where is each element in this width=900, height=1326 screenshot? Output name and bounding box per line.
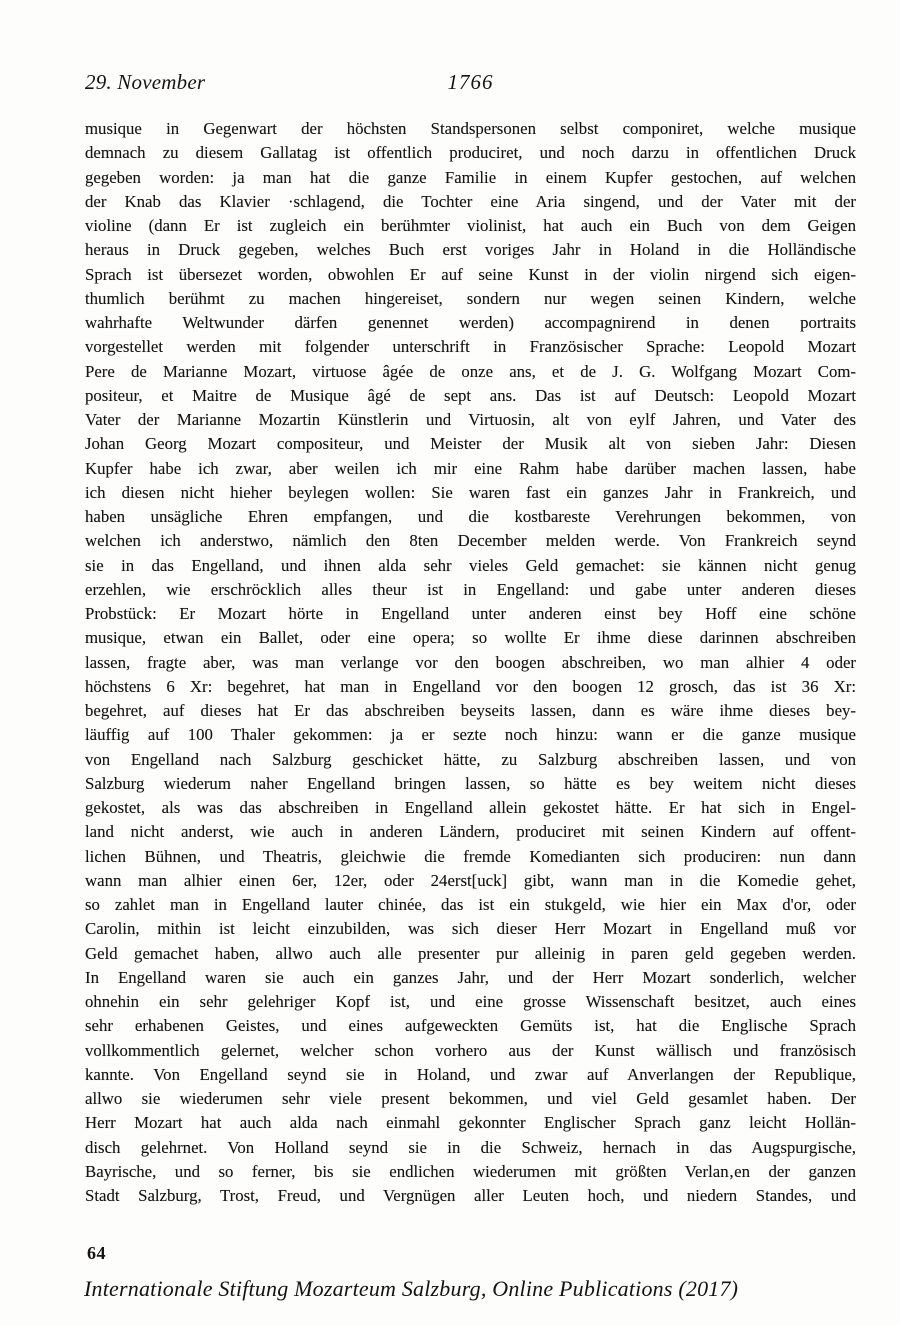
header-year: 1766	[85, 70, 856, 95]
text-line: Pere de Marianne Mozart, virtuose âgée d…	[85, 360, 856, 384]
text-line: Sprach ist übersezet worden, obwohlen Er…	[85, 263, 856, 287]
text-line: land nicht anderst, wie auch in anderen …	[85, 820, 856, 844]
text-line: von Engelland nach Salzburg geschicket h…	[85, 748, 856, 772]
text-line: Probstück: Er Mozart hörte in Engelland …	[85, 602, 856, 626]
text-line: Carolin, mithin ist leicht einzubilden, …	[85, 917, 856, 941]
text-line: musique, etwan ein Ballet, oder eine ope…	[85, 626, 856, 650]
text-line: allwo sie wiederumen sehr viele present …	[85, 1087, 856, 1111]
text-line: ich diesen nicht hieher beylegen wollen:…	[85, 481, 856, 505]
text-line: Herr Mozart hat auch alda nach einmahl g…	[85, 1111, 856, 1135]
text-line: lichen Bühnen, und Theatris, gleichwie d…	[85, 845, 856, 869]
text-line: sie in das Engelland, und ihnen alda seh…	[85, 554, 856, 578]
text-line: Stadt Salzburg, Trost, Freud, und Vergnü…	[85, 1184, 856, 1208]
text-line: so zahlet man in Engelland lauter chinée…	[85, 893, 856, 917]
text-line: gekostet, als was das abschreiben in Eng…	[85, 796, 856, 820]
text-line: wann man alhier einen 6er, 12er, oder 24…	[85, 869, 856, 893]
text-line: sehr erhabenen Geistes, und eines aufgew…	[85, 1014, 856, 1038]
text-line: In Engelland waren sie auch ein ganzes J…	[85, 966, 856, 990]
text-line: haben unsägliche Ehren empfangen, und di…	[85, 505, 856, 529]
text-line: Kupfer habe ich zwar, aber weilen ich mi…	[85, 457, 856, 481]
text-line: kannte. Von Engelland seynd sie in Holan…	[85, 1063, 856, 1087]
text-line: disch gelehrnet. Von Holland seynd sie i…	[85, 1136, 856, 1160]
text-line: Johan Georg Mozart compositeur, und Meis…	[85, 432, 856, 456]
text-line: positeur, et Maitre de Musique âgé de se…	[85, 384, 856, 408]
text-line: musique in Gegenwart der höchsten Stands…	[85, 117, 856, 141]
text-line: ohnehin ein sehr gelehriger Kopf ist, un…	[85, 990, 856, 1014]
text-line: violine (dann Er ist zugleich ein berühm…	[85, 214, 856, 238]
text-line: gegeben worden: ja man hat die ganze Fam…	[85, 166, 856, 190]
footer-attribution: Internationale Stiftung Mozarteum Salzbu…	[84, 1276, 738, 1302]
text-line: Geld gemachet haben, allwo auch alle pre…	[85, 942, 856, 966]
text-line: welchen ich anderstwo, nämlich den 8ten …	[85, 529, 856, 553]
text-line: thumlich berühmt zu machen hingereiset, …	[85, 287, 856, 311]
text-line: Bayrische, und so ferner, bis sie endlic…	[85, 1160, 856, 1184]
text-line: Salzburg wiederum naher Engelland bringe…	[85, 772, 856, 796]
text-line: erzehlen, wie erschröcklich alles theur …	[85, 578, 856, 602]
text-line: wahrhafte Weltwunder därfen genennet wer…	[85, 311, 856, 335]
text-line: lassen, fragte aber, was man verlange vo…	[85, 651, 856, 675]
body-text: musique in Gegenwart der höchsten Stands…	[85, 117, 856, 1208]
text-line: heraus in Druck gegeben, welches Buch er…	[85, 238, 856, 262]
page-header: 29. November 1766	[85, 70, 856, 98]
text-line: läuffig auf 100 Thaler gekommen: ja er s…	[85, 723, 856, 747]
scanned-book-page: 29. November 1766 musique in Gegenwart d…	[0, 0, 900, 1326]
text-line: vollkommentlich gelernet, welcher schon …	[85, 1039, 856, 1063]
text-line: Vater der Marianne Mozartin Künstlerin u…	[85, 408, 856, 432]
text-line: demnach zu diesem Gallatag ist offentlic…	[85, 141, 856, 165]
text-line: vorgestellet werden mit folgender unters…	[85, 335, 856, 359]
text-line: der Knab das Klavier ·schlagend, die Toc…	[85, 190, 856, 214]
text-line: begehret, auf dieses hat Er das abschrei…	[85, 699, 856, 723]
page-number: 64	[87, 1243, 106, 1264]
text-line: höchstens 6 Xr: begehret, hat man in Eng…	[85, 675, 856, 699]
